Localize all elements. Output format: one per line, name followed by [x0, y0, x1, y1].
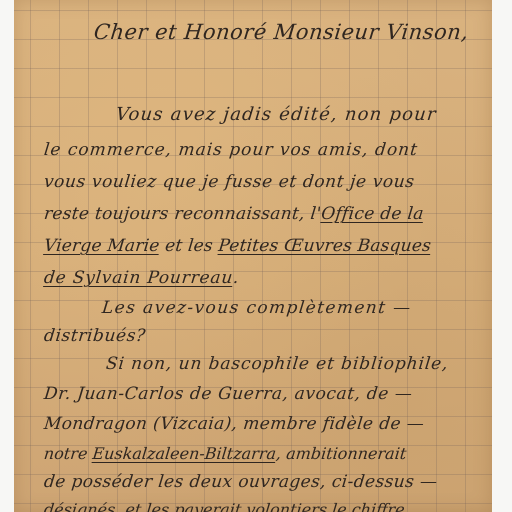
line-text: Mondragon (Vizcaia), membre fidèle de —	[43, 414, 425, 434]
letter-line-10: Dr. Juan-Carlos de Guerra, avocat, de —	[43, 384, 414, 404]
title-petites-oeuvres-basques: Petites Œuvres Basques	[217, 236, 432, 256]
letter-line-5: Vierge Marie et les Petites Œuvres Basqu…	[43, 236, 432, 256]
line-text: le commerce, mais pour vos amis, dont	[43, 140, 419, 160]
line-text: notre	[43, 444, 94, 463]
letter-line-11: Mondragon (Vizcaia), membre fidèle de —	[43, 414, 425, 434]
line-text: Les avez-vous complètement —	[101, 298, 413, 318]
letter-page: Cher et Honoré Monsieur Vinson, Vous ave…	[14, 0, 492, 512]
letter-line-13: de posséder les deux ouvrages, ci-dessus…	[43, 472, 439, 492]
graph-paper-grid	[14, 0, 492, 512]
letter-line-4: reste toujours reconnaissant, l'Office d…	[43, 204, 425, 224]
letter-line-6: de Sylvain Pourreau.	[43, 268, 240, 288]
line-text: reste toujours reconnaissant, l'	[43, 204, 322, 224]
salutation: Cher et Honoré Monsieur Vinson,	[93, 20, 470, 44]
line-text: et les	[158, 236, 219, 256]
society-euskalzaleen-biltzarra: Euskalzaleen-Biltzarra	[92, 444, 278, 463]
author-sylvain-pourreau: de Sylvain Pourreau	[43, 268, 234, 288]
letter-line-9: Si non, un bascophile et bibliophile,	[105, 354, 450, 374]
line-text: vous vouliez que je fusse et dont je vou…	[43, 172, 416, 192]
line-text: désignés, et les payerait volontiers le …	[43, 500, 406, 512]
line-text: Si non, un bascophile et bibliophile,	[105, 354, 450, 374]
title-office-de-la: Office de la	[320, 204, 425, 224]
letter-line-14: désignés, et les payerait volontiers le …	[43, 500, 406, 512]
title-vierge-marie: Vierge Marie	[43, 236, 161, 256]
line-text: Dr. Juan-Carlos de Guerra, avocat, de —	[43, 384, 414, 404]
letter-line-3: vous vouliez que je fusse et dont je vou…	[43, 172, 416, 192]
letter-line-7: Les avez-vous complètement —	[101, 298, 413, 318]
line-text: de posséder les deux ouvrages, ci-dessus…	[43, 472, 439, 492]
line-text: Vous avez jadis édité, non pour	[115, 104, 438, 125]
letter-line-1: Vous avez jadis édité, non pour	[115, 104, 438, 125]
line-text: , ambitionnerait	[275, 444, 407, 463]
letter-line-8: distribués?	[43, 326, 147, 346]
letter-line-2: le commerce, mais pour vos amis, dont	[43, 140, 419, 160]
line-text: distribués?	[43, 326, 147, 346]
letter-line-12: notre Euskalzaleen-Biltzarra, ambitionne…	[43, 444, 407, 463]
